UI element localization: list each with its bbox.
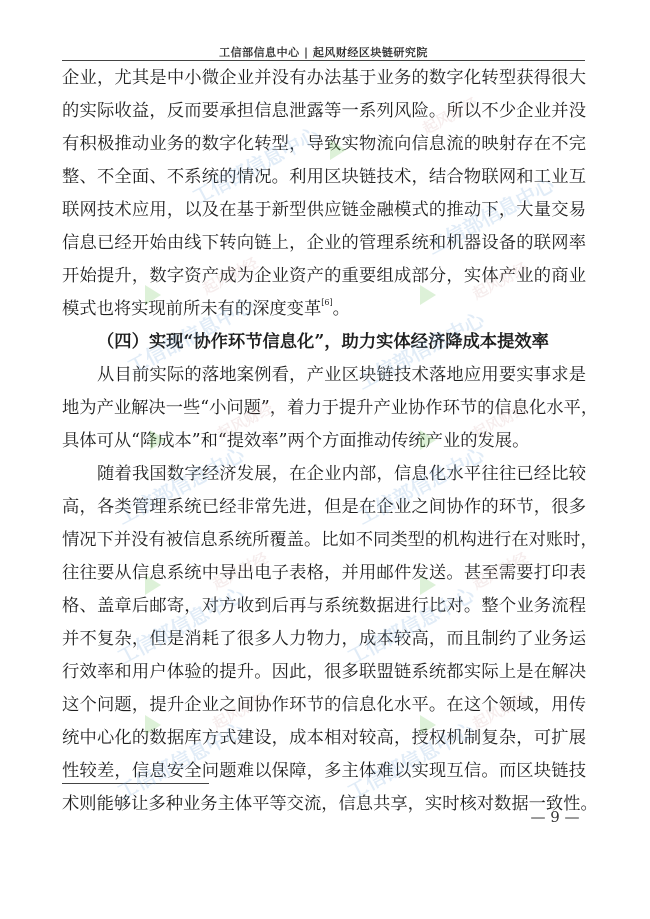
text-line: 行效率和用户体验的提升。因此，很多联盟链系统都实际上是在解决 bbox=[62, 656, 586, 689]
text-line: 统中心化的数据库方式建设，成本相对较高，授权机制复杂，可扩展 bbox=[62, 722, 586, 755]
text-line: 往往要从信息系统中导出电子表格，并用邮件发送。甚至需要打印表 bbox=[62, 557, 586, 590]
text-line: 并不复杂，但是消耗了很多人力物力，成本较高，而且制约了业务运 bbox=[62, 623, 586, 656]
footnote-rule bbox=[62, 783, 209, 784]
text-line: 地为产业解决一些“小问题”，着力于提升产业协作环节的信息化水平， bbox=[62, 392, 586, 425]
section-heading: （四）实现“协作环节信息化”，助力实体经济降成本提效率 bbox=[62, 326, 586, 359]
watermark-logo-icon bbox=[145, 285, 161, 305]
text-line: 格、盖章后邮寄，对方收到后再与系统数据进行比对。整个业务流程 bbox=[62, 590, 586, 623]
watermark-logo-icon bbox=[420, 430, 436, 450]
text-line: 具体可从“降成本”和“提效率”两个方面推动传统产业的发展。 bbox=[62, 425, 586, 458]
watermark-logo-icon bbox=[420, 285, 436, 305]
text-line: 这个问题，提升企业之间协作环节的信息化水平。在这个领域，用传 bbox=[62, 689, 586, 722]
header-rule bbox=[62, 60, 585, 61]
text-line: 术则能够让多种业务主体平等交流，信息共享，实时核对数据一致性。 bbox=[62, 788, 586, 821]
text-line: 情况下并没有被信息系统所覆盖。比如不同类型的机构进行在对账时， bbox=[62, 524, 586, 557]
text-line: 随着我国数字经济发展，在企业内部，信息化水平往往已经比较 bbox=[62, 458, 586, 491]
text-line: 高，各类管理系统已经非常先进，但是在企业之间协作的环节，很多 bbox=[62, 491, 586, 524]
watermark-logo-icon bbox=[330, 140, 346, 160]
text-span: 。 bbox=[333, 299, 350, 319]
text-line: 联网技术应用，以及在基于新型供应链金融模式的推动下，大量交易 bbox=[62, 194, 586, 227]
text-line: 模式也将实现前所未有的深度变革[6]。 bbox=[62, 293, 586, 326]
text-line: 整、不全面、不系统的情况。利用区块链技术，结合物联网和工业互 bbox=[62, 161, 586, 194]
watermark-logo-icon bbox=[150, 430, 166, 450]
page-number: — 9 — bbox=[520, 808, 590, 826]
text-line: 企业，尤其是中小微企业并没有办法基于业务的数字化转型获得很大 bbox=[62, 62, 586, 95]
running-header: 工信部信息中心 | 起风财经区块链研究院 bbox=[62, 44, 585, 60]
watermark-logo-icon bbox=[420, 715, 436, 735]
watermark-logo-icon bbox=[420, 575, 436, 595]
text-line: 有积极推动业务的数字化转型，导致实物流向信息流的映射存在不完 bbox=[62, 128, 586, 161]
text-line: 信息已经开始由线下转向链上，企业的管理系统和机器设备的联网率 bbox=[62, 227, 586, 260]
watermark-logo-icon bbox=[145, 575, 161, 595]
text-line: 从目前实际的落地案例看，产业区块链技术落地应用要实事求是 bbox=[62, 359, 586, 392]
text-line: 的实际收益，反而要承担信息泄露等一系列风险。所以不少企业并没 bbox=[62, 95, 586, 128]
text-span: 模式也将实现前所未有的深度变革 bbox=[62, 299, 321, 319]
body-text: 企业，尤其是中小微企业并没有办法基于业务的数字化转型获得很大 的实际收益，反而要… bbox=[62, 62, 586, 821]
text-line: 开始提升，数字资产成为企业资产的重要组成部分，实体产业的商业 bbox=[62, 260, 586, 293]
citation-ref[interactable]: [6] bbox=[321, 298, 332, 307]
watermark-logo-icon bbox=[145, 715, 161, 735]
